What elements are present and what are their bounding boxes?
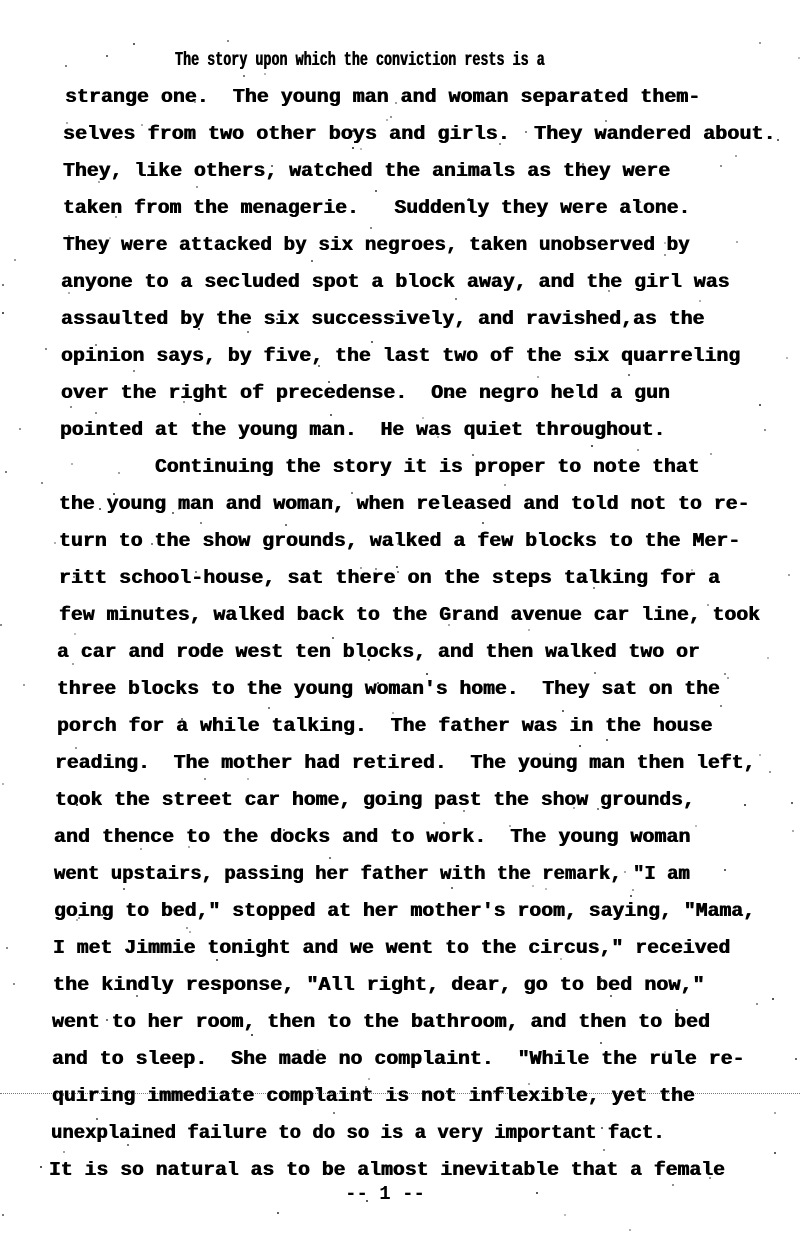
text-line: I met Jimmie tonight and we went to the …	[53, 936, 730, 960]
text-line: the kindly response, "All right, dear, g…	[53, 973, 705, 997]
text-line: and thence to the docks and to work. The…	[54, 825, 691, 849]
text-line: going to bed," stopped at her mother's r…	[54, 899, 755, 923]
text-line: pointed at the young man. He was quiet t…	[60, 418, 665, 442]
text-line: quiring immediate complaint is not infle…	[52, 1084, 695, 1108]
text-line: It is so natural as to be almost inevita…	[49, 1158, 725, 1182]
document-page: The story upon which the conviction rest…	[0, 0, 800, 1255]
text-line: few minutes, walked back to the Grand av…	[59, 603, 760, 627]
page-number: -- 1 --	[0, 1183, 770, 1205]
text-line: ritt school-house, sat there on the step…	[59, 566, 720, 590]
text-line: three blocks to the young woman's home. …	[57, 677, 720, 701]
text-line: Continuing the story it is proper to not…	[155, 455, 700, 479]
text-line: went upstairs, passing her father with t…	[54, 862, 690, 886]
text-line: They were attacked by six negroes, taken…	[63, 233, 690, 257]
text-line: over the right of precedense. One negro …	[61, 381, 670, 405]
text-line: assaulted by the six successively, and r…	[61, 307, 705, 331]
text-line: The story upon which the conviction rest…	[175, 48, 545, 72]
text-line: and to sleep. She made no complaint. "Wh…	[52, 1047, 745, 1071]
text-line: opinion says, by five, the last two of t…	[61, 344, 740, 368]
text-line: turn to the show grounds, walked a few b…	[59, 529, 740, 553]
text-line: strange one. The young man and woman sep…	[65, 85, 700, 109]
text-line: They, like others, watched the animals a…	[63, 159, 670, 183]
text-line: taken from the menagerie. Suddenly they …	[63, 196, 690, 220]
text-line: went to her room, then to the bathroom, …	[52, 1010, 710, 1034]
text-line: anyone to a secluded spot a block away, …	[61, 270, 730, 294]
text-line: selves from two other boys and girls. Th…	[63, 122, 776, 146]
text-line: unexplained failure to do so is a very i…	[51, 1121, 665, 1145]
text-line: a car and rode west ten blocks, and then…	[57, 640, 700, 664]
text-line: reading. The mother had retired. The you…	[55, 751, 755, 775]
text-line: porch for a while talking. The father wa…	[57, 714, 712, 738]
text-line: the young man and woman, when released a…	[59, 492, 750, 516]
